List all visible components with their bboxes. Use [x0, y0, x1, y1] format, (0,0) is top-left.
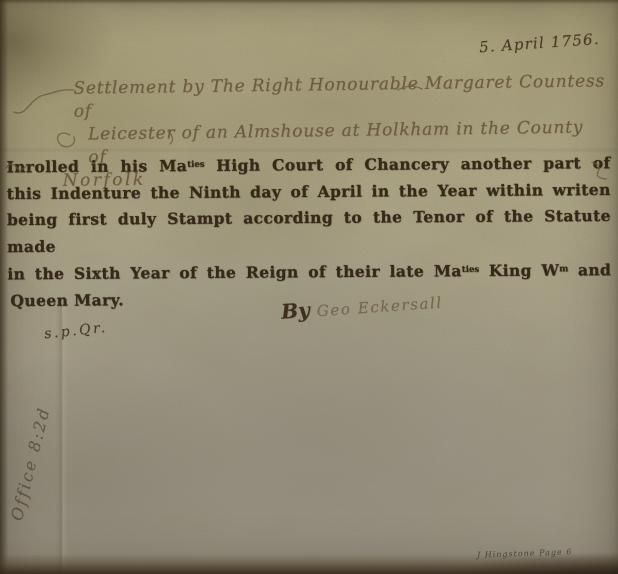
date-annotation: 5. April 1756.	[479, 32, 601, 55]
photo-edge-left	[0, 0, 8, 574]
enrolment-note: Inrolled in his Maties High Court of Cha…	[6, 149, 611, 315]
signature-name: Geo Eckersall	[316, 293, 443, 320]
fold-crease	[56, 300, 68, 574]
text-line: this Indenture the Ninth day of April in…	[7, 177, 611, 208]
photo-edge-top	[0, 0, 618, 4]
text-line: in the Sixth Year of the Reign of their …	[7, 256, 611, 288]
signature-prefix: By	[280, 298, 310, 324]
spine-office-label: Office 8:2d	[7, 404, 54, 522]
fee-reference-mark: s.p.Qr.	[43, 320, 108, 343]
photo-edge-corner	[398, 548, 618, 574]
text-line: being first duly Stampt according to the…	[7, 203, 611, 260]
text-line: Settlement by The Right Honourable Marga…	[57, 70, 606, 124]
parchment-document: 5. April 1756. Settlement by The Right H…	[0, 0, 618, 574]
text-line: Inrolled in his Maties High Court of Cha…	[6, 149, 610, 181]
